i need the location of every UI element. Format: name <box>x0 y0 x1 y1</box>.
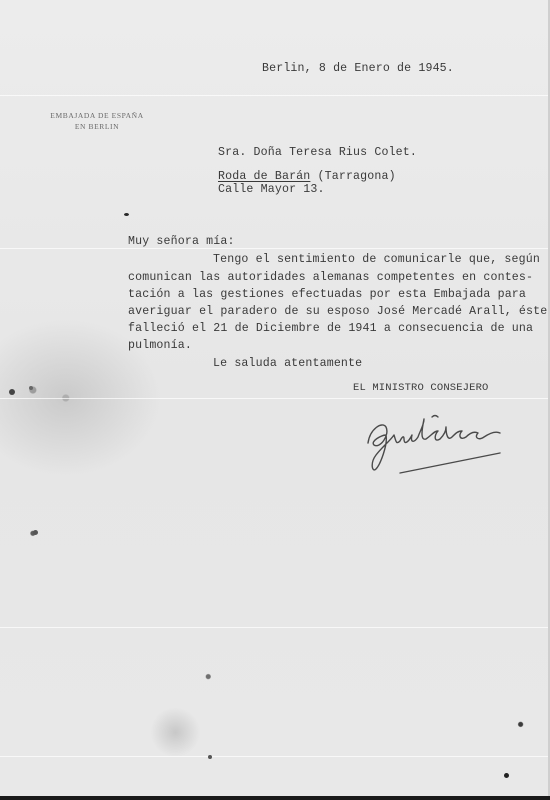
scan-artifact-line <box>0 95 548 96</box>
body-line-3: tación a las gestiones efectuadas por es… <box>128 288 526 301</box>
body-line-6: pulmonía. <box>128 339 192 352</box>
ink-speck <box>124 213 129 216</box>
body-line-5: falleció el 21 de Diciembre de 1941 a co… <box>128 322 533 335</box>
salutation: Muy señora mía: <box>128 235 235 248</box>
ink-speck <box>208 755 212 759</box>
scan-artifact-line <box>0 756 548 757</box>
date-line: Berlin, 8 de Enero de 1945. <box>262 62 454 75</box>
body-line-2: comunican las autoridades alemanas compe… <box>128 271 533 284</box>
recipient-address-line-1: Roda de Barán (Tarragona) <box>218 170 396 183</box>
recipient-street: Calle Mayor 13. <box>218 183 325 196</box>
letterhead-line-1: EMBAJADA DE ESPAÑA <box>22 110 172 121</box>
embassy-letterhead: EMBAJADA DE ESPAÑA EN BERLIN <box>22 110 172 132</box>
scan-artifact-line <box>0 627 548 628</box>
recipient-province: (Tarragona) <box>318 170 396 183</box>
recipient-name: Sra. Doña Teresa Rius Colet. <box>218 146 417 159</box>
handwritten-signature-icon <box>360 405 530 480</box>
recipient-town: Roda de Barán <box>218 170 310 183</box>
letter-page: EMBAJADA DE ESPAÑA EN BERLIN Berlin, 8 d… <box>0 0 550 796</box>
ink-speck <box>504 773 509 778</box>
letterhead-line-2: EN BERLIN <box>22 121 172 132</box>
body-line-1: Tengo el sentimiento de comunicarle que,… <box>213 253 540 266</box>
ink-speck <box>29 386 33 390</box>
closing-line: Le saluda atentamente <box>213 357 362 370</box>
scan-artifact-line <box>0 248 548 249</box>
ink-speck <box>33 530 38 535</box>
signatory-title: EL MINISTRO CONSEJERO <box>353 382 488 394</box>
ink-speck <box>9 389 15 395</box>
body-line-4: averiguar el paradero de su esposo José … <box>128 305 547 318</box>
scan-artifact-line <box>0 398 548 399</box>
